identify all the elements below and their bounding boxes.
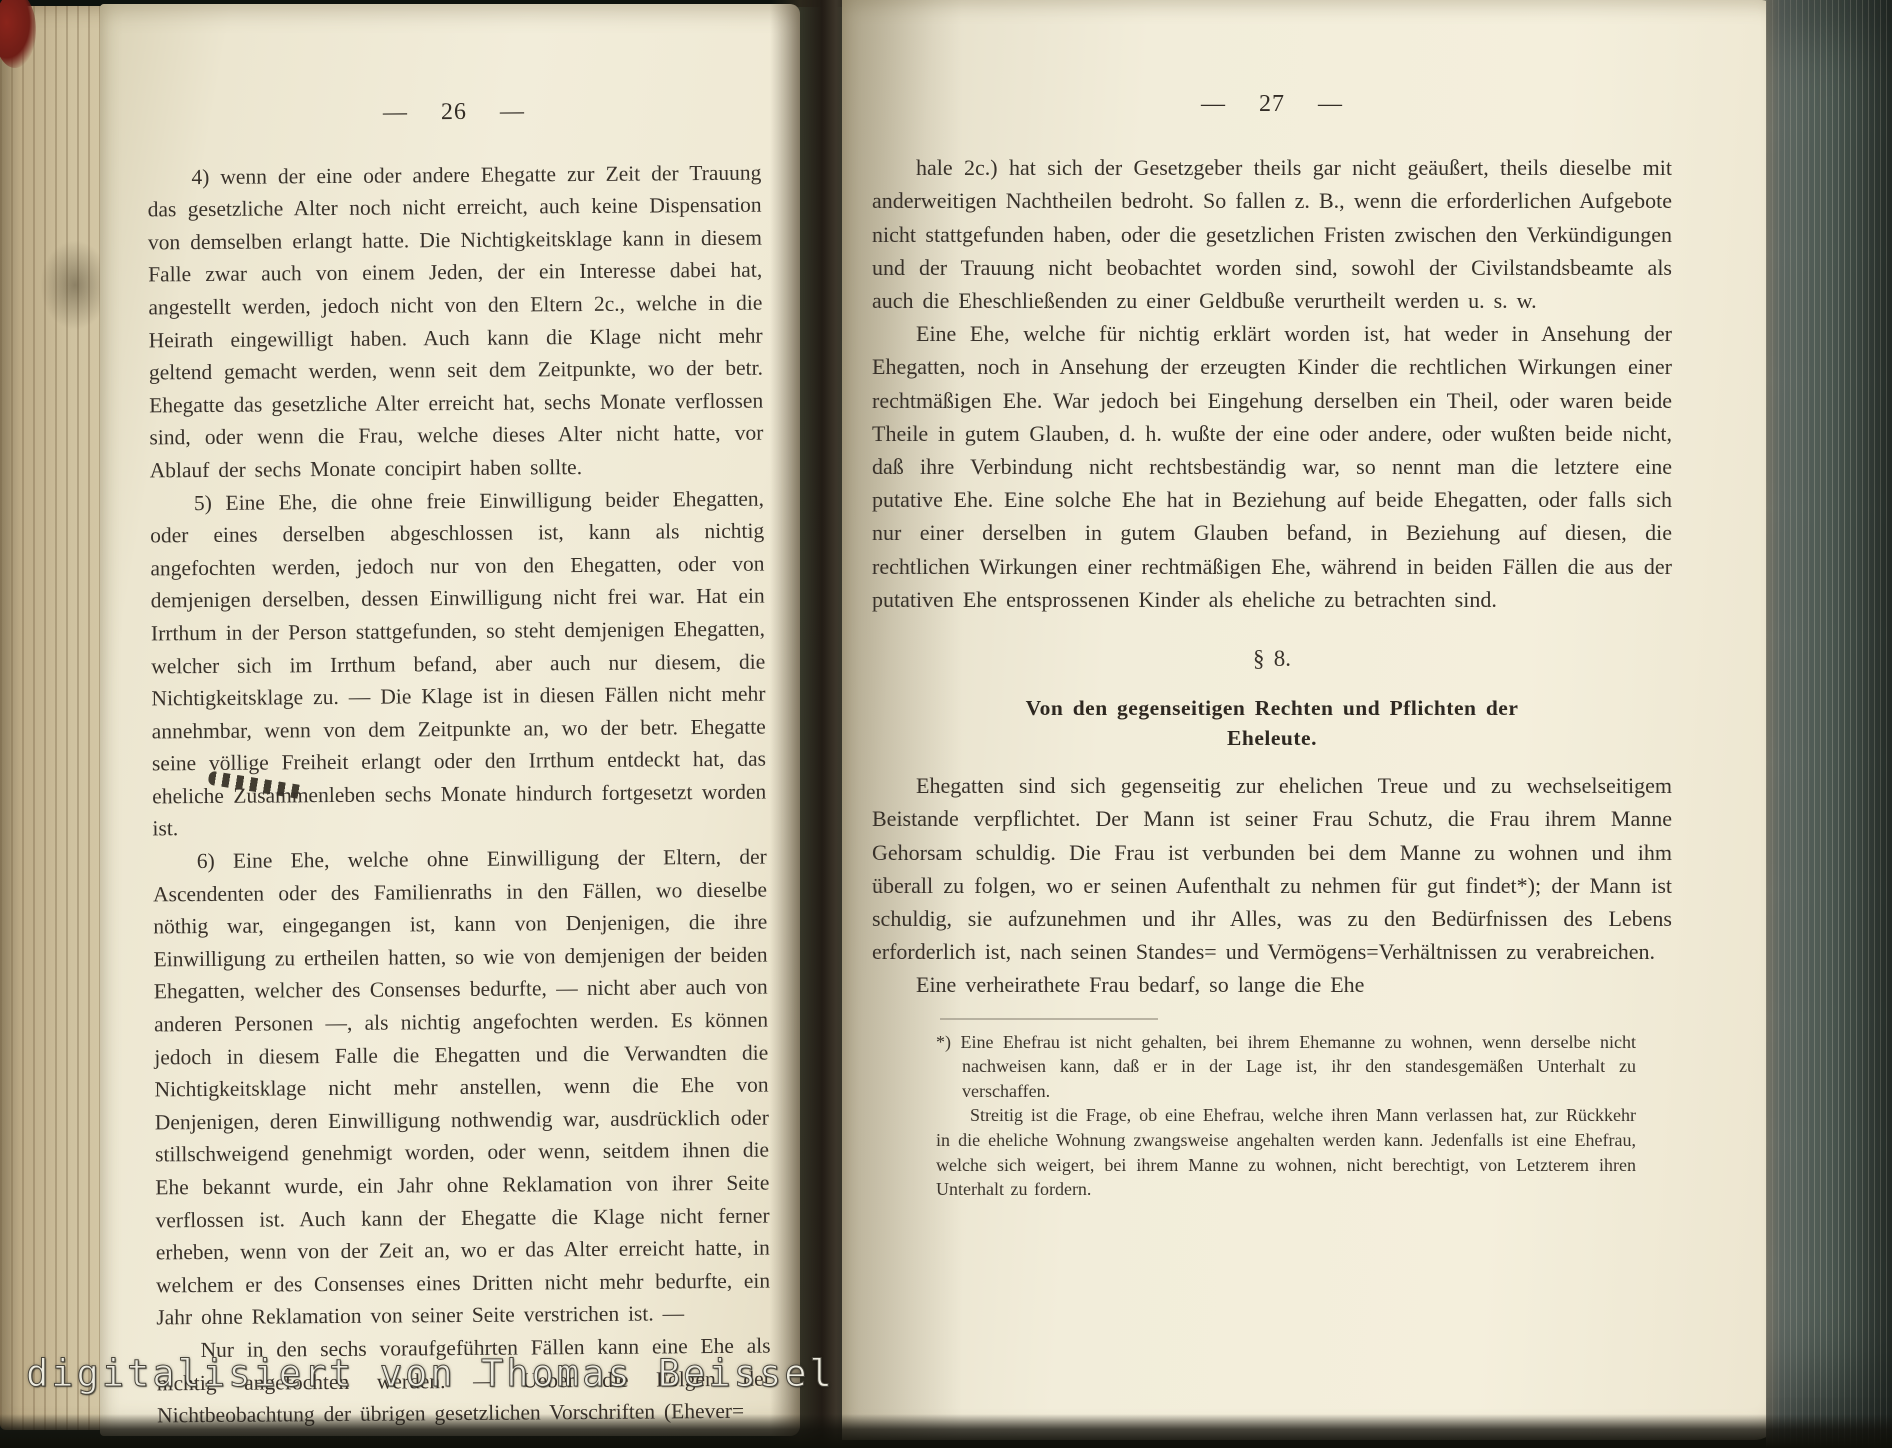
digitization-watermark: digitalisiert von Thomas Beissel — [26, 1352, 835, 1395]
section-number: § 8. — [872, 642, 1672, 675]
book-edge-right — [1766, 0, 1892, 1448]
book-scan: — 26 — 4) wenn der eine oder andere Eheg… — [0, 0, 1892, 1448]
footnote-divider — [940, 1018, 1158, 1020]
paragraph-27-pflichten: Ehegatten sind sich gegenseitig zur ehel… — [872, 769, 1672, 968]
paragraph-26-item4: 4) wenn der eine oder andere Ehegatte zu… — [147, 156, 764, 487]
page-number-right: — 27 — — [872, 88, 1672, 121]
section-heading: Von den gegenseitigen Rechten und Pflich… — [992, 693, 1552, 753]
scan-bottom-edge — [0, 1414, 1892, 1448]
footnote-asterisk: *) Eine Ehefrau ist nicht gehalten, bei … — [936, 1030, 1636, 1104]
footnote-block: *) Eine Ehefrau ist nicht gehalten, bei … — [936, 1018, 1636, 1202]
paragraph-27-verheirathete-frau: Eine verheirathete Frau bedarf, so lange… — [872, 968, 1672, 1001]
paragraph-26-item5: 5) Eine Ehe, die ohne freie Einwilligung… — [150, 482, 767, 845]
right-page-text-column: — 27 — hale 2c.) hat sich der Gesetzgebe… — [872, 88, 1672, 1202]
paragraph-27-continuation: hale 2c.) hat sich der Gesetzgeber theil… — [872, 151, 1672, 317]
left-page-text-column: — 26 — 4) wenn der eine oder andere Eheg… — [147, 94, 771, 1433]
footnote-streitig: Streitig ist die Frage, ob eine Ehefrau,… — [936, 1103, 1636, 1201]
paragraph-26-item6: 6) Eine Ehe, welche ohne Einwilligung de… — [153, 841, 771, 1335]
paragraph-27-nichtig-erklaert: Eine Ehe, welche für nichtig erklärt wor… — [872, 317, 1672, 616]
page-number-left: — 26 — — [147, 94, 761, 131]
